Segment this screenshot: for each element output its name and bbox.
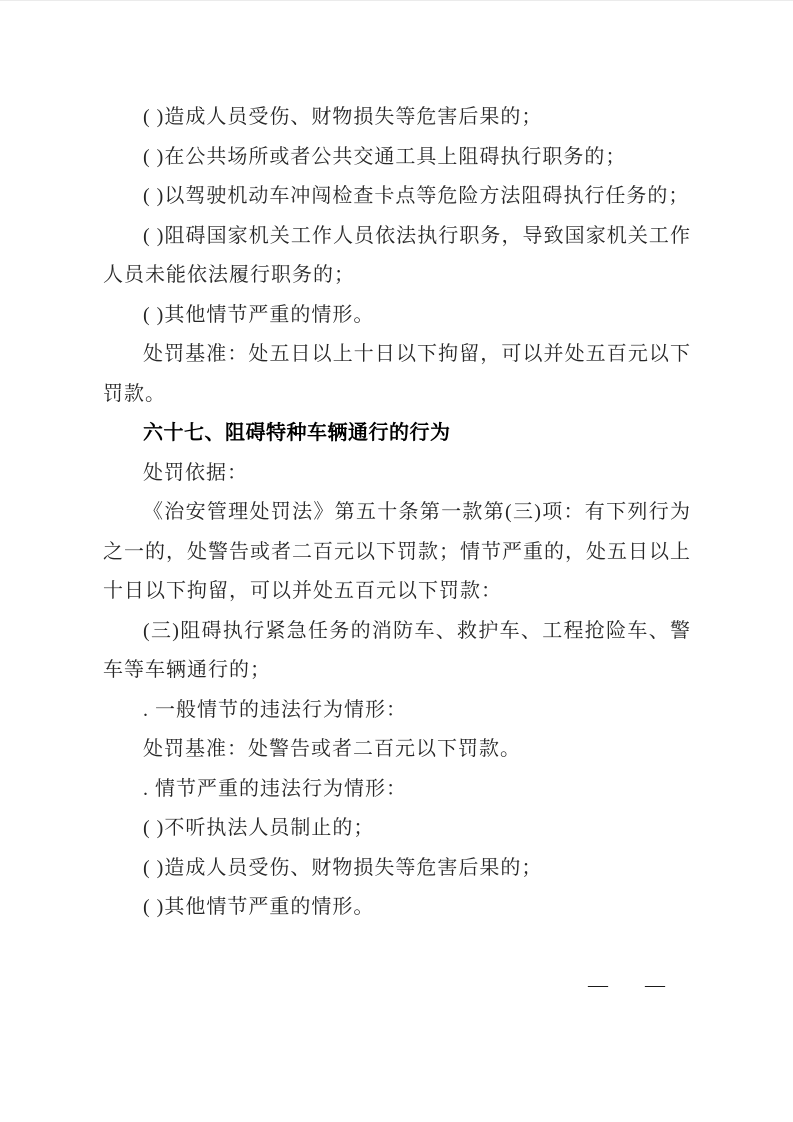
penalty-standard-detention: 处罚基准：处五日以上十日以下拘留，可以并处五百元以下罚款。 [103, 335, 691, 414]
violation-item-other-serious-2: ( )其他情节严重的情形。 [103, 888, 691, 928]
document-page: ( )造成人员受伤、财物损失等危害后果的； ( )在公共场所或者公共交通工具上阻… [0, 0, 793, 1122]
page-number-dash-left: — [588, 975, 608, 995]
serious-circumstance-label: . 情节严重的违法行为情形： [103, 770, 691, 810]
page-footer: — — [588, 975, 665, 995]
violation-item-injury-damage: ( )造成人员受伤、财物损失等危害后果的； [103, 98, 691, 138]
page-top-edge-line [0, 0, 793, 1]
document-body: ( )造成人员受伤、财物损失等危害后果的； ( )在公共场所或者公共交通工具上阻… [103, 98, 691, 928]
law-item-3-special-vehicles: (三)阻碍执行紧急任务的消防车、救护车、工程抢险车、警车等车辆通行的； [103, 612, 691, 691]
violation-item-disobey-officers: ( )不听执法人员制止的； [103, 809, 691, 849]
general-circumstance-label: . 一般情节的违法行为情形： [103, 691, 691, 731]
violation-item-obstruct-officials: ( )阻碍国家机关工作人员依法执行职务，导致国家机关工作人员未能依法履行职务的； [103, 217, 691, 296]
section-67-heading: 六十七、阻碍特种车辆通行的行为 [103, 414, 691, 454]
violation-item-other-serious: ( )其他情节严重的情形。 [103, 296, 691, 336]
violation-item-vehicle-checkpoint: ( )以驾驶机动车冲闯检查卡点等危险方法阻碍执行任务的； [103, 177, 691, 217]
penalty-basis-label: 处罚依据： [103, 454, 691, 494]
penalty-standard-warning-fine: 处罚基准：处警告或者二百元以下罚款。 [103, 730, 691, 770]
violation-item-public-place: ( )在公共场所或者公共交通工具上阻碍执行职务的； [103, 138, 691, 178]
law-citation-article-50: 《治安管理处罚法》第五十条第一款第(三)项：有下列行为之一的，处警告或者二百元以… [103, 493, 691, 612]
violation-item-injury-damage-2: ( )造成人员受伤、财物损失等危害后果的； [103, 849, 691, 889]
page-number-dash-right: — [645, 975, 665, 995]
